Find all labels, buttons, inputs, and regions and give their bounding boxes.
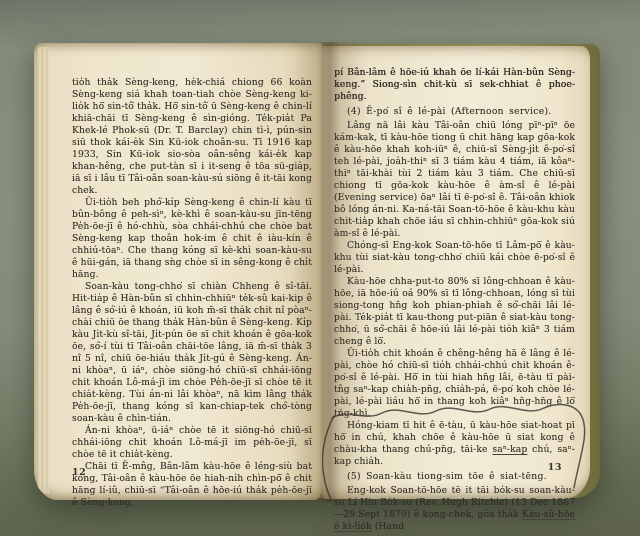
paragraph: Eng-kok Soan-tō-hōe tē it tāi bo̍k-su so… (334, 485, 575, 533)
text-run: pí Bân-lâm ê hōe-iú khah ōe lí-kái Hàn-b… (334, 67, 575, 102)
paragraph: Kàu-hōe chha-put-to 80% sī lông-chhoan ê… (334, 276, 575, 348)
text-run: (Hand (372, 521, 404, 532)
paragraph: Hóng-kiam tī hit ê ē-tàu, ū kàu-hōe siat… (334, 420, 575, 468)
paragraph: Án-ni khòaⁿ, ū-iáⁿ chòe tē it siōng-hó c… (72, 425, 312, 461)
text-run: Lâng nā lâi kàu Tâi-oân chiū lóng pīⁿ-pī… (334, 120, 575, 239)
paragraph: Chāi tī Ē-mn̂g, Bân-lâm kàu-hōe ê léng-s… (72, 461, 312, 509)
text-run: Ūi-tio̍h beh phó͘-ki̍p Sèng-keng ê chin-… (72, 197, 312, 280)
page-number-right: 13 (548, 462, 562, 473)
open-book: tio̍h tha̍k Sèng-keng, he̍k-chiá chiong … (34, 42, 600, 502)
text-run: Soan-kàu tong-chho͘ sī chiàn Chheng ê sî… (72, 281, 312, 424)
text-run: tio̍h tha̍k Sèng-keng, he̍k-chiá chiong … (72, 77, 312, 196)
section-heading: (5) Soan-kàu tiong-sim tōe ê siat-tēng. (334, 471, 575, 483)
text-run: Kàu-hōe chha-put-to 80% sī lông-chhoan ê… (334, 276, 575, 347)
paragraph: Chóng-sī Eng-kok Soan-tō-hōe tī Lâm-pō͘ … (334, 240, 575, 276)
page-left: tio̍h tha̍k Sèng-keng, he̍k-chiá chiong … (34, 43, 322, 500)
left-page-text: tio̍h tha̍k Sèng-keng, he̍k-chiá chiong … (72, 77, 312, 509)
paragraph: tio̍h tha̍k Sèng-keng, he̍k-chiá chiong … (72, 77, 312, 197)
paragraph: Lâng nā lâi kàu Tâi-oân chiū lóng pīⁿ-pī… (334, 120, 575, 240)
text-run: (5) Soan-kàu tiong-sim tōe ê siat-tēng. (347, 471, 547, 482)
text-run: Án-ni khòaⁿ, ū-iáⁿ chòe tē it siōng-hó c… (72, 425, 312, 460)
photo-background: tio̍h tha̍k Sèng-keng, he̍k-chiá chiong … (0, 0, 640, 536)
text-run: Chāi tī Ē-mn̂g, Bân-lâm kàu-hōe ê léng-s… (72, 461, 312, 508)
right-page-text: pí Bân-lâm ê hōe-iú khah ōe lí-kái Hàn-b… (334, 67, 575, 533)
section-heading: (4) Ē-po͘ sî ê lé-pài (Afternoon service… (334, 106, 575, 118)
text-run: Chóng-sī Eng-kok Soan-tō-hōe tī Lâm-pō͘ … (334, 240, 575, 275)
paragraph: pí Bân-lâm ê hōe-iú khah ōe lí-kái Hàn-b… (334, 67, 575, 103)
text-run: (4) Ē-po͘ sî ê lé-pài (Afternoon service… (347, 106, 552, 117)
paragraph: Ūi-tio̍h beh phó͘-ki̍p Sèng-keng ê chin-… (72, 197, 312, 281)
page-number-left: 12 (72, 467, 86, 478)
text-run: Ūi-tio̍h chit khoán ê chêng-hêng hā ê lâ… (334, 348, 575, 419)
paragraph: Ūi-tio̍h chit khoán ê chêng-hêng hā ê lâ… (334, 348, 575, 420)
paragraph: Soan-kàu tong-chho͘ sī chiàn Chheng ê sî… (72, 281, 312, 425)
pen-underlined-text: saⁿ-kap (492, 444, 527, 455)
page-right: pí Bân-lâm ê hōe-iú khah ōe lí-kái Hàn-b… (322, 46, 590, 499)
